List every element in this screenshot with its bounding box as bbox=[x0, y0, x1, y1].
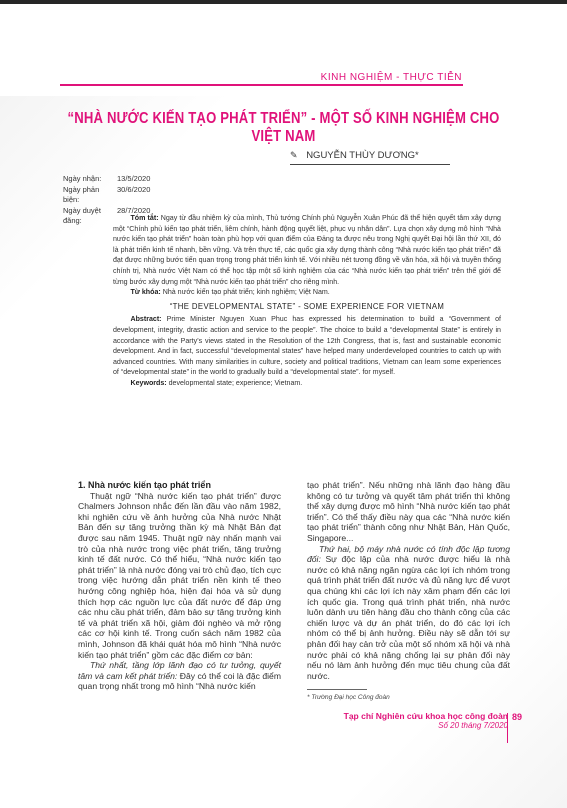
paragraph: tạo phát triển”. Nếu những nhà lãnh đạo … bbox=[307, 480, 510, 544]
article-title: “NHÀ NƯỚC KIẾN TẠO PHÁT TRIỂN” - MỘT SỐ … bbox=[51, 110, 516, 146]
column-left: 1. Nhà nước kiến tạo phát triển Thuật ng… bbox=[78, 480, 281, 704]
author-line: ✎ NGUYỄN THÙY DƯƠNG* bbox=[290, 150, 450, 165]
paragraph: Thứ nhất, tầng lớp lãnh đạo có tư tưởng,… bbox=[78, 660, 281, 692]
paragraph: Thuật ngữ “Nhà nước kiến tạo phát triển”… bbox=[78, 491, 281, 661]
section-heading: 1. Nhà nước kiến tạo phát triển bbox=[78, 480, 281, 491]
abstract-en: Abstract: Prime Minister Nguyen Xuan Phu… bbox=[113, 314, 501, 378]
footnote: * Trường Đại học Công đoàn bbox=[307, 693, 510, 704]
footer-divider bbox=[507, 713, 508, 743]
column-right: tạo phát triển”. Nếu những nhà lãnh đạo … bbox=[307, 480, 510, 704]
abstract-vi: Tóm tắt: Ngay từ đầu nhiệm kỳ của mình, … bbox=[113, 213, 501, 287]
paragraph: Thứ hai, bộ máy nhà nước có tính độc lập… bbox=[307, 544, 510, 682]
footnote-rule bbox=[307, 689, 367, 690]
keywords-en: Keywords: developmental state; experienc… bbox=[113, 378, 501, 389]
section-rule bbox=[60, 84, 463, 86]
pen-icon: ✎ bbox=[290, 150, 298, 160]
keywords-vi: Từ khóa: Nhà nước kiến tạo phát triển; k… bbox=[113, 287, 501, 298]
english-title: “THE DEVELOPMENTAL STATE” - SOME EXPERIE… bbox=[113, 302, 501, 313]
section-label: KINH NGHIỆM - THỰC TIỄN bbox=[321, 72, 462, 83]
journal-footer: Tạp chí Nghiên cứu khoa học công đoàn Số… bbox=[344, 711, 508, 730]
body-columns: 1. Nhà nước kiến tạo phát triển Thuật ng… bbox=[78, 480, 510, 704]
top-border bbox=[0, 0, 567, 4]
author-name: NGUYỄN THÙY DƯƠNG* bbox=[306, 150, 419, 161]
date-received: Ngày nhận: 13/5/2020 bbox=[63, 174, 150, 185]
issue-info: Số 20 tháng 7/2020 bbox=[344, 721, 508, 730]
date-reviewed: Ngày phản biện: 30/6/2020 bbox=[63, 185, 150, 206]
page-number: 89 bbox=[512, 712, 522, 722]
journal-name: Tạp chí Nghiên cứu khoa học công đoàn bbox=[344, 711, 508, 721]
abstract-block: Tóm tắt: Ngay từ đầu nhiệm kỳ của mình, … bbox=[113, 213, 501, 389]
